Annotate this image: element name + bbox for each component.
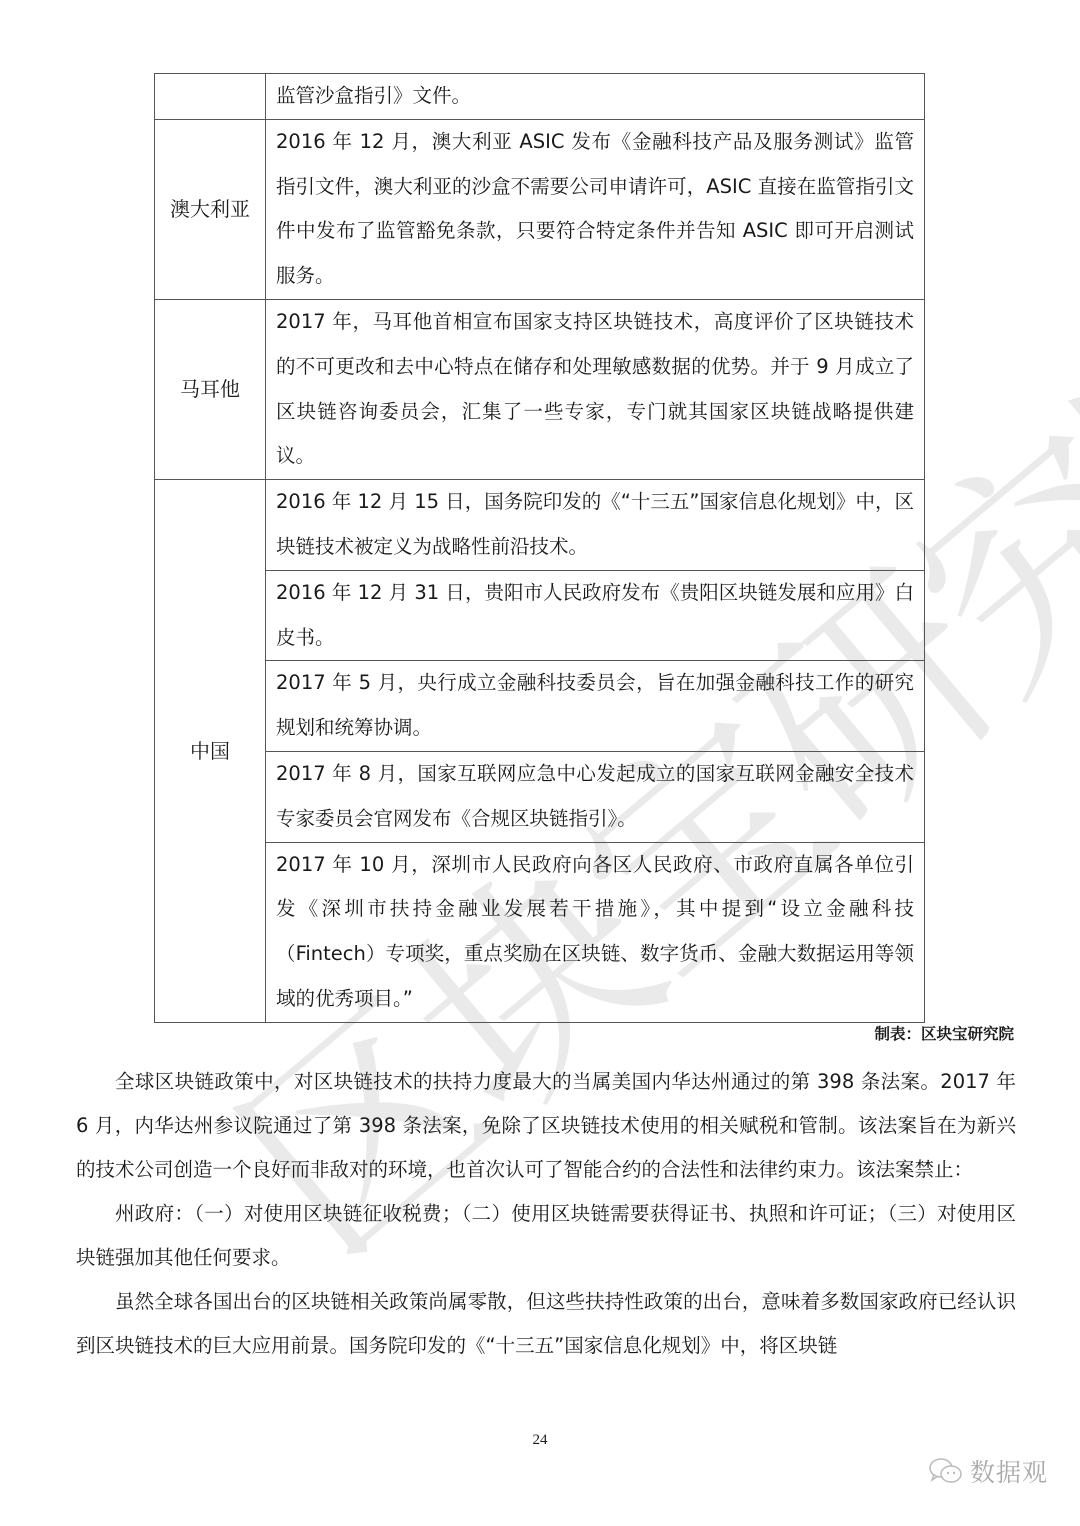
policy-cell: 2017 年，马耳他首相宣布国家支持区块链技术，高度评价了区块链技术的不可更改和… xyxy=(266,299,925,479)
country-cell: 马耳他 xyxy=(155,299,266,479)
country-cell: 中国 xyxy=(155,480,266,1023)
body-text: 全球区块链政策中，对区块链技术的扶持力度最大的当属美国内华达州通过的第 398 … xyxy=(76,1060,1016,1368)
table-row: 马耳他 2017 年，马耳他首相宣布国家支持区块链技术，高度评价了区块链技术的不… xyxy=(155,299,925,479)
table-source-caption: 制表：区块宝研究院 xyxy=(874,1022,1014,1044)
paragraph: 全球区块链政策中，对区块链技术的扶持力度最大的当属美国内华达州通过的第 398 … xyxy=(76,1060,1016,1192)
policy-cell: 2017 年 8 月，国家互联网应急中心发起成立的国家互联网金融安全技术专家委员… xyxy=(266,751,925,842)
policy-cell: 监管沙盒指引》文件。 xyxy=(266,74,925,120)
brand-logo: 数据观 xyxy=(928,1453,1048,1489)
policy-cell: 2016 年 12 月 31 日，贵阳市人民政府发布《贵阳区块链发展和应用》白皮… xyxy=(266,570,925,661)
table-row: 2016 年 12 月 31 日，贵阳市人民政府发布《贵阳区块链发展和应用》白皮… xyxy=(155,570,925,661)
table-row: 2017 年 10 月，深圳市人民政府向各区人民政府、市政府直属各单位引发《深圳… xyxy=(155,842,925,1022)
table-row: 2017 年 5 月，央行成立金融科技委员会，旨在加强金融科技工作的研究规划和统… xyxy=(155,661,925,752)
table-row: 澳大利亚 2016 年 12 月，澳大利亚 ASIC 发布《金融科技产品及服务测… xyxy=(155,119,925,299)
policy-cell: 2016 年 12 月，澳大利亚 ASIC 发布《金融科技产品及服务测试》监管指… xyxy=(266,119,925,299)
wechat-icon xyxy=(928,1456,964,1486)
table-row: 监管沙盒指引》文件。 xyxy=(155,74,925,120)
table-row: 中国 2016 年 12 月 15 日，国务院印发的《“十三五”国家信息化规划》… xyxy=(155,480,925,571)
table-row: 2017 年 8 月，国家互联网应急中心发起成立的国家互联网金融安全技术专家委员… xyxy=(155,751,925,842)
policy-cell: 2016 年 12 月 15 日，国务院印发的《“十三五”国家信息化规划》中，区… xyxy=(266,480,925,571)
policy-cell: 2017 年 10 月，深圳市人民政府向各区人民政府、市政府直属各单位引发《深圳… xyxy=(266,842,925,1022)
paragraph: 州政府：（一）对使用区块链征收税费；（二）使用区块链需要获得证书、执照和许可证；… xyxy=(76,1192,1016,1280)
brand-name: 数据观 xyxy=(970,1453,1048,1489)
policy-table: 监管沙盒指引》文件。 澳大利亚 2016 年 12 月，澳大利亚 ASIC 发布… xyxy=(154,73,925,1023)
page-number: 24 xyxy=(0,1432,1080,1449)
country-cell xyxy=(155,74,266,120)
paragraph: 虽然全球各国出台的区块链相关政策尚属零散，但这些扶持性政策的出台，意味着多数国家… xyxy=(76,1280,1016,1368)
policy-cell: 2017 年 5 月，央行成立金融科技委员会，旨在加强金融科技工作的研究规划和统… xyxy=(266,661,925,752)
country-cell: 澳大利亚 xyxy=(155,119,266,299)
